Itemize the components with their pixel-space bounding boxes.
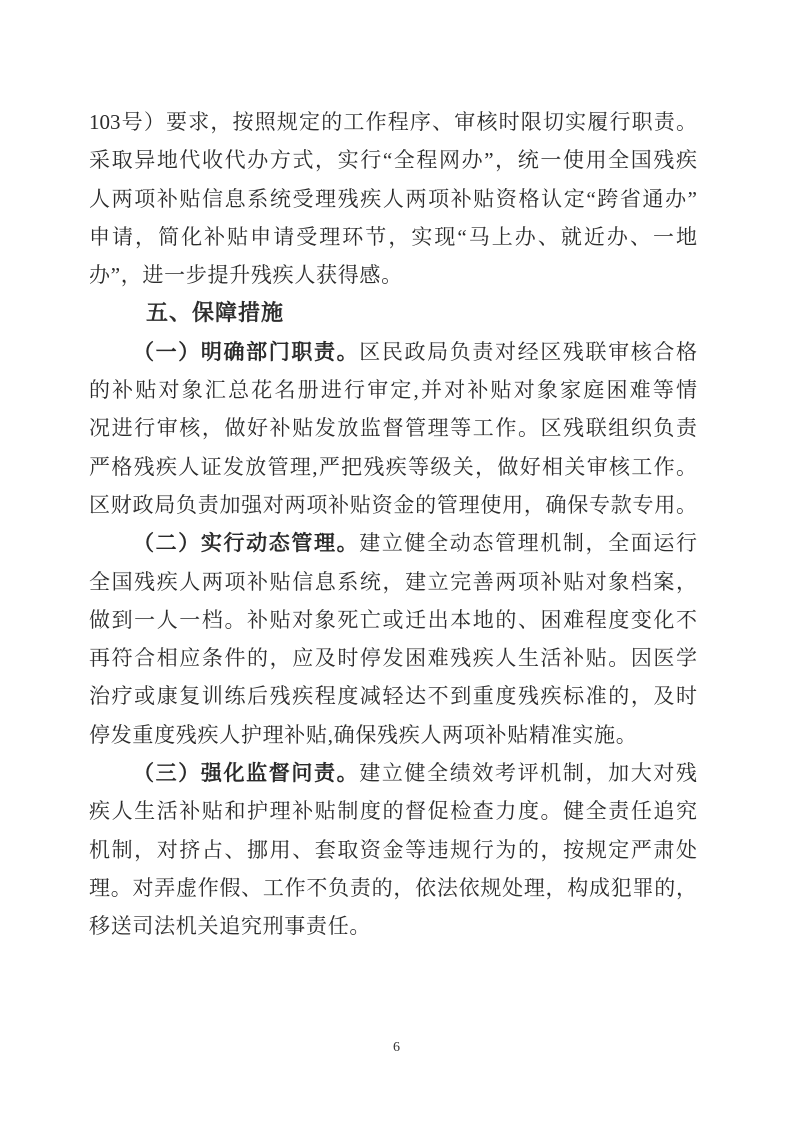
paragraph-item-3: （三）强化监督问责。建立健全绩效考评机制，加大对残 疾人生活补贴和护理补贴制度的… — [89, 754, 697, 945]
paragraph-lead-bold: （三）强化监督问责。 — [133, 761, 359, 785]
paragraph-lead-bold: （二）实行动态管理。 — [133, 531, 359, 555]
text-line: 区财政局负责加强对两项补贴资金的管理使用，确保专款专用。 — [89, 486, 697, 524]
text-line: 做到一人一档。补贴对象死亡或迁出本地的、困难程度变化不 — [89, 601, 697, 639]
section-heading: 五、保障措施 — [89, 294, 697, 332]
text-line: 理。对弄虚作假、工作不负责的，依法依规处理，构成犯罪的， — [89, 869, 697, 907]
paragraph-lead-bold: （一）明确部门职责。 — [133, 340, 359, 364]
text-line: 的补贴对象汇总花名册进行审定,并对补贴对象家庭困难等情 — [89, 371, 697, 409]
document-body: 103号）要求，按照规定的工作程序、审核时限切实履行职责。 采取异地代收代办方式… — [89, 103, 697, 946]
page-number: 6 — [0, 1038, 793, 1058]
text-line: （三）强化监督问责。建立健全绩效考评机制，加大对残 — [89, 754, 697, 792]
paragraph-lead-rest: 建立健全绩效考评机制，加大对残 — [359, 761, 697, 785]
paragraph-continuation: 103号）要求，按照规定的工作程序、审核时限切实履行职责。 采取异地代收代办方式… — [89, 103, 697, 294]
text-line: 采取异地代收代办方式，实行“全程网办”，统一使用全国残疾 — [89, 141, 697, 179]
paragraph-lead-rest: 建立健全动态管理机制，全面运行 — [359, 531, 697, 555]
text-line: 全国残疾人两项补贴信息系统，建立完善两项补贴对象档案， — [89, 563, 697, 601]
paragraph-item-1: （一）明确部门职责。区民政局负责对经区残联审核合格 的补贴对象汇总花名册进行审定… — [89, 333, 697, 524]
text-line: 办”，进一步提升残疾人获得感。 — [89, 256, 697, 294]
text-line: 停发重度残疾人护理补贴,确保残疾人两项补贴精准实施。 — [89, 716, 697, 754]
paragraph-item-2: （二）实行动态管理。建立健全动态管理机制，全面运行 全国残疾人两项补贴信息系统，… — [89, 524, 697, 754]
text-line: 疾人生活补贴和护理补贴制度的督促检查力度。健全责任追究 — [89, 792, 697, 830]
paragraph-lead-rest: 区民政局负责对经区残联审核合格 — [359, 340, 697, 364]
text-line: 治疗或康复训练后残疾程度减轻达不到重度残疾标准的，及时 — [89, 677, 697, 715]
text-line: 人两项补贴信息系统受理残疾人两项补贴资格认定“跨省通办” — [89, 180, 697, 218]
text-line: （二）实行动态管理。建立健全动态管理机制，全面运行 — [89, 524, 697, 562]
text-line: 况进行审核，做好补贴发放监督管理等工作。区残联组织负责 — [89, 409, 697, 447]
text-line: 103号）要求，按照规定的工作程序、审核时限切实履行职责。 — [89, 103, 697, 141]
text-line: 机制，对挤占、挪用、套取资金等违规行为的，按规定严肃处 — [89, 831, 697, 869]
text-line: 再符合相应条件的，应及时停发困难残疾人生活补贴。因医学 — [89, 639, 697, 677]
text-line: （一）明确部门职责。区民政局负责对经区残联审核合格 — [89, 333, 697, 371]
text-line: 申请，简化补贴申请受理环节，实现“马上办、就近办、一地 — [89, 218, 697, 256]
text-line: 严格残疾人证发放管理,严把残疾等级关，做好相关审核工作。 — [89, 448, 697, 486]
text-line: 移送司法机关追究刑事责任。 — [89, 907, 697, 945]
